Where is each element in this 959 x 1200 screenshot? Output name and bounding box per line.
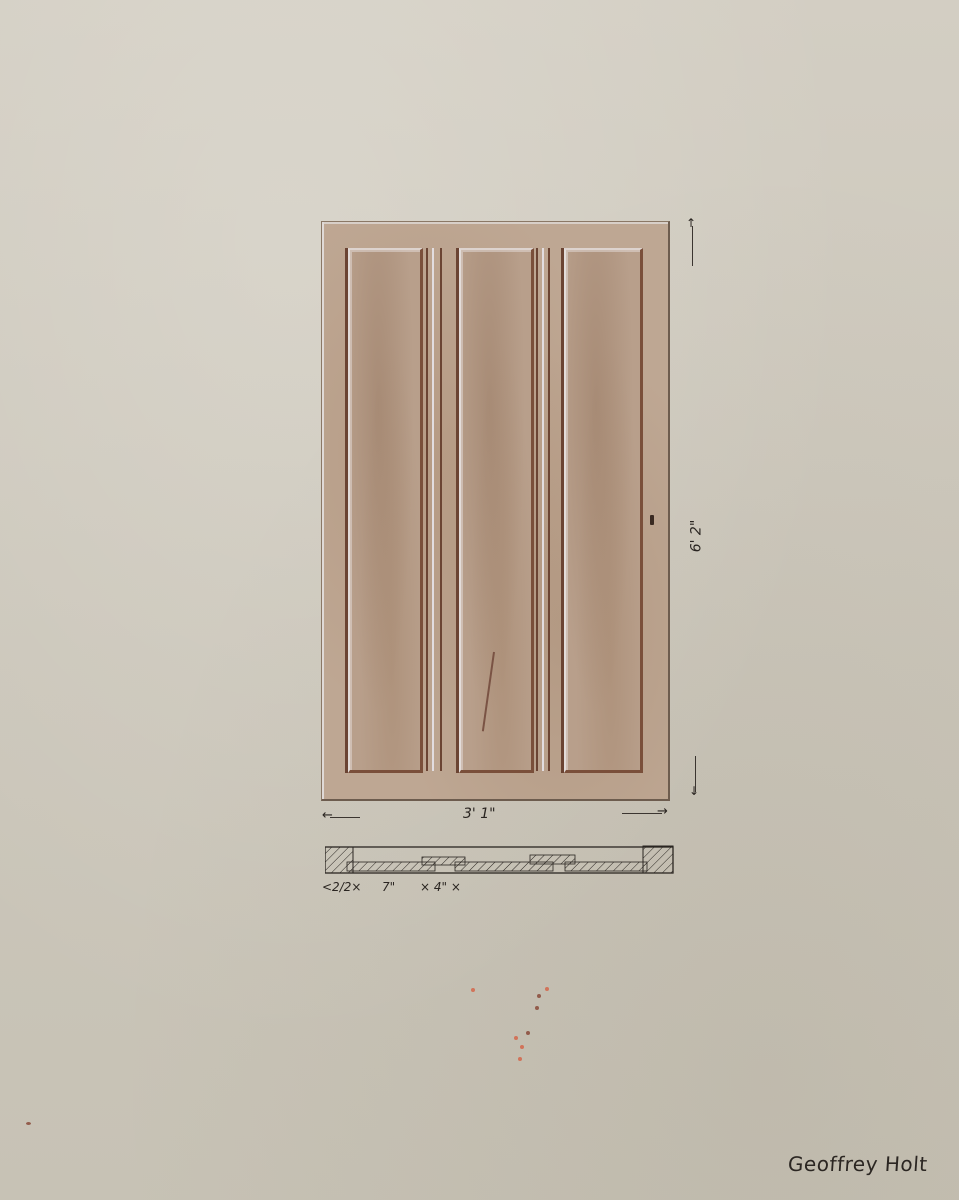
paint-spot xyxy=(545,987,549,991)
bead-highlight xyxy=(432,248,434,771)
bead-molding xyxy=(440,248,442,771)
door-elevation xyxy=(321,221,670,801)
paint-spot xyxy=(518,1057,522,1061)
paint-spot xyxy=(526,1031,530,1035)
arrow-down-icon: ↓ xyxy=(689,784,699,798)
bead-molding xyxy=(426,248,428,771)
section-label-3: × 4" × xyxy=(420,880,461,894)
paint-spot xyxy=(471,988,475,992)
paint-spot xyxy=(535,1006,539,1010)
height-dimension-line-top xyxy=(692,226,693,266)
paper-sheet: ↑ 6' 2" ↓ ← 3' 1" → <2/2× 7" × 4" × xyxy=(0,0,959,1200)
width-dimension-line-right xyxy=(622,813,662,814)
arrow-right-icon: → xyxy=(657,804,668,819)
door-panel-right xyxy=(564,248,643,773)
section-label-2: 7" xyxy=(382,880,395,894)
cross-section-drawing xyxy=(325,845,675,875)
bead-highlight xyxy=(542,248,544,771)
paint-spot xyxy=(537,994,541,998)
paint-spot xyxy=(514,1036,518,1040)
arrow-up-icon: ↑ xyxy=(686,216,696,230)
bead-molding xyxy=(536,248,538,771)
keyhole xyxy=(650,515,654,525)
door-panel-left xyxy=(348,248,423,773)
width-dimension-label: 3' 1" xyxy=(463,806,496,822)
paint-spot xyxy=(26,1122,31,1125)
paint-spot xyxy=(520,1045,524,1049)
arrow-left-icon: ← xyxy=(322,808,333,823)
width-dimension-line-left xyxy=(330,817,360,818)
door-cross-section xyxy=(325,845,675,875)
section-label-1: <2/2× xyxy=(322,880,361,894)
artist-signature: Geoffrey Holt xyxy=(787,1152,928,1176)
door-panel-center xyxy=(459,248,534,773)
height-dimension-label: 6' 2" xyxy=(688,520,704,553)
bead-molding xyxy=(548,248,550,771)
